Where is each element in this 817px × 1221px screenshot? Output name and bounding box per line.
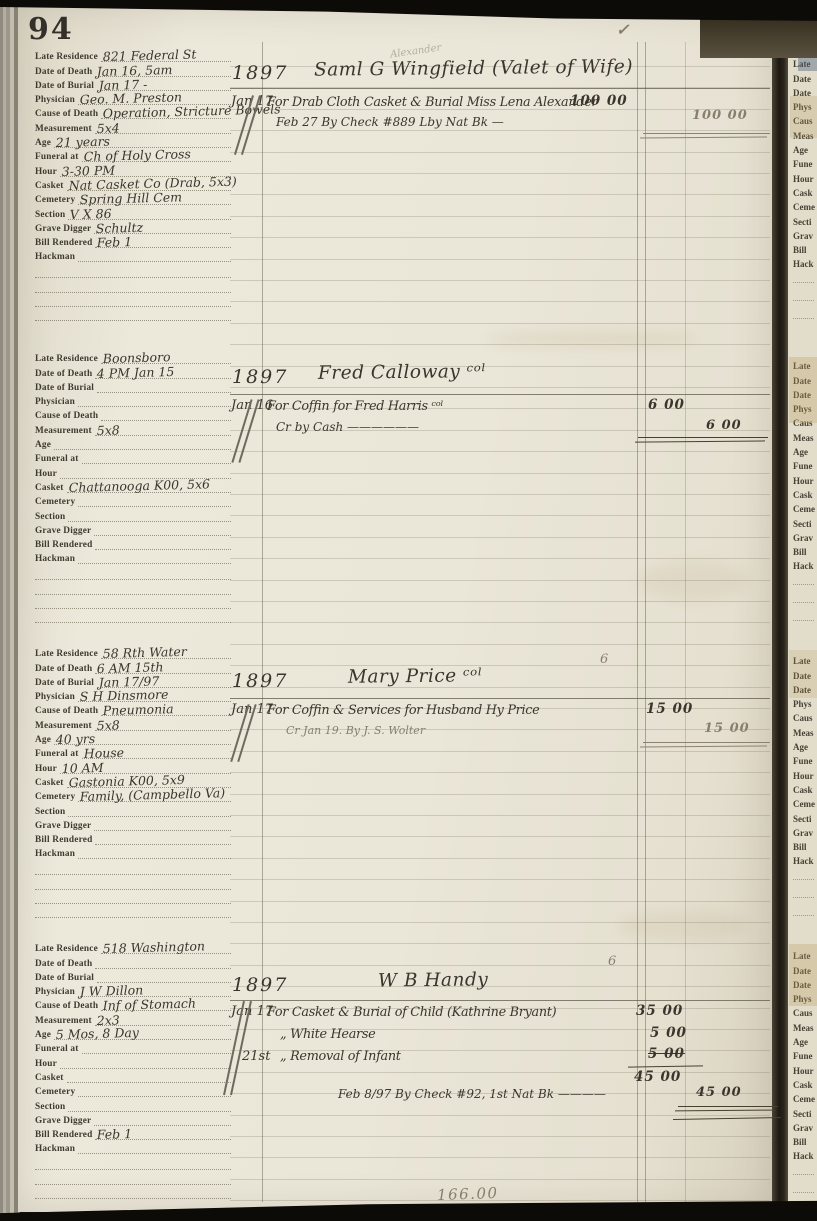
field-label: Date of Death: [35, 369, 95, 379]
field-label: Date of Burial: [35, 973, 97, 983]
entry-year: 1897: [232, 974, 288, 996]
form-field-row: Age21 years: [35, 134, 231, 148]
field-label: Casket: [35, 483, 67, 493]
posted-slash-mark: [230, 1000, 246, 1096]
form-fields: Late ResidenceBoonsboroDate of Death4 PM…: [35, 350, 231, 564]
form-field-row: CasketChattanooga K00, 5x6: [35, 479, 231, 493]
field-label: Hackman: [35, 554, 78, 564]
field-label: Measurement: [35, 426, 95, 436]
entry-description: For Casket & Burial of Child (Kathrine B…: [267, 1005, 556, 1020]
entry-date: 21st: [242, 1049, 270, 1064]
field-label: Hackman: [35, 1144, 78, 1154]
double-underline: [643, 133, 770, 140]
form-field-row: Grave Digger: [35, 1112, 231, 1126]
book-binding-gap: [770, 0, 790, 1221]
posted-slash-mark: [236, 703, 252, 763]
entry-year: 1897: [232, 62, 288, 84]
field-label: Date of Burial: [35, 678, 97, 688]
form-field-row: Cemetery: [35, 493, 231, 507]
field-label: Age: [35, 440, 54, 450]
entry-amount: 15 00: [646, 701, 693, 717]
field-label: Physician: [35, 397, 78, 407]
blank-dotted-line: [35, 875, 231, 889]
form-field-row: Physician: [35, 393, 231, 407]
form-field-row: Late Residence821 Federal St: [35, 48, 231, 62]
bleed-mark-blue: [798, 57, 817, 71]
dotted-rule: [78, 1150, 231, 1154]
blank-dotted-line: [35, 264, 231, 278]
next-page-field-label: Fune: [788, 756, 813, 766]
form-field-row: Age5 Mos, 8 Day: [35, 1026, 231, 1040]
blank-dotted-line: [35, 904, 231, 918]
field-label: Age: [35, 138, 54, 148]
field-label: Cause of Death: [35, 109, 101, 119]
field-label: Section: [35, 512, 68, 522]
blank-lines: [35, 566, 231, 623]
form-fields: Late Residence518 WashingtonDate of Deat…: [35, 940, 231, 1154]
next-page-field-label: Grav: [788, 1123, 813, 1133]
blank-dotted-line: [35, 609, 231, 623]
form-fields: Late Residence58 Rth WaterDate of Death6…: [35, 645, 231, 859]
next-page-field-label: Hack: [788, 561, 814, 571]
header-rule: [230, 1000, 770, 1001]
header-rule: [230, 394, 770, 395]
entry-amount: 100 00: [570, 93, 628, 109]
entry-year: 1897: [232, 366, 288, 388]
next-page-field-label: Grav: [788, 533, 813, 543]
field-label: Grave Digger: [35, 1116, 94, 1126]
double-underline: [678, 1106, 778, 1113]
form-field-row: Measurement2x3: [35, 1011, 231, 1025]
field-label: Funeral at: [35, 454, 82, 464]
field-label: Bill Rendered: [35, 835, 95, 845]
field-label: Bill Rendered: [35, 238, 95, 248]
next-page-field-label: Caus: [788, 713, 813, 723]
form-field-row: Hour: [35, 1054, 231, 1068]
form-fields: Late Residence821 Federal StDate of Deat…: [35, 48, 231, 262]
header-rule: [230, 698, 770, 699]
amount-column-rule-2: [645, 42, 646, 1202]
field-label: Hour: [35, 1059, 60, 1069]
next-page-field-label: Ceme: [788, 1094, 815, 1104]
entry-year: 1897: [232, 670, 288, 692]
dotted-rule: [78, 258, 231, 262]
blank-dotted-line: [35, 861, 231, 875]
form-field-row: Date of BurialJan 17/97: [35, 674, 231, 688]
field-label: Grave Digger: [35, 224, 94, 234]
form-field-row: Funeral atCh of Holy Cross: [35, 148, 231, 162]
form-field-row: Cause of DeathInf of Stomach: [35, 997, 231, 1011]
form-field-row: Funeral at: [35, 1040, 231, 1054]
field-label: Date of Death: [35, 67, 95, 77]
credit-amount: 15 00: [704, 721, 750, 736]
next-page-field-label: Fune: [788, 461, 813, 471]
form-field-row: Bill RenderedFeb 1: [35, 1126, 231, 1140]
form-field-row: Measurement5x8: [35, 716, 231, 730]
next-page-field-label: Hour: [788, 771, 814, 781]
next-page-field-label: Grav: [788, 231, 813, 241]
next-page-field-label: Secti: [788, 519, 812, 529]
bleed-through-smudge: [618, 911, 748, 941]
field-label: Hour: [35, 469, 60, 479]
field-label: Late Residence: [35, 649, 101, 659]
next-page-field-label: Date: [788, 74, 811, 84]
amount-column-rule-1: [637, 42, 638, 1202]
entry-amount-struck: 5 00: [648, 1046, 685, 1062]
next-page-field-label: Bill: [788, 245, 807, 255]
form-field-row: Date of DeathJan 16, 5am: [35, 62, 231, 76]
form-field-row: Age: [35, 436, 231, 450]
blank-dotted-line: [35, 595, 231, 609]
form-field-row: CemeterySpring Hill Cem: [35, 191, 231, 205]
form-field-row: Date of BurialJan 17 -: [35, 77, 231, 91]
field-label: Cemetery: [35, 1087, 78, 1097]
pencil-mark: 6: [608, 954, 616, 969]
field-label: Late Residence: [35, 52, 101, 62]
field-label: Date of Burial: [35, 81, 97, 91]
field-label: Section: [35, 807, 68, 817]
deceased-name: Saml G Wingfield (Valet of Wife): [314, 56, 633, 80]
double-underline: [638, 437, 768, 444]
form-field-row: Cemetery: [35, 1083, 231, 1097]
field-label: Cause of Death: [35, 1001, 101, 1011]
next-page-field-label: Ceme: [788, 202, 815, 212]
credit-line: Feb 27 By Check #889 Lby Nat Bk —: [276, 115, 504, 129]
next-page-field-label: Secti: [788, 814, 812, 824]
next-page-field-label: Ceme: [788, 504, 815, 514]
field-label: Hour: [35, 167, 60, 177]
form-field-row: Grave DiggerSchultz: [35, 220, 231, 234]
next-page-field-label: Hack: [788, 259, 814, 269]
next-page-field-label: Fune: [788, 159, 813, 169]
form-field-row: Late ResidenceBoonsboro: [35, 350, 231, 364]
form-field-row: SectionV X 86: [35, 205, 231, 219]
next-page-field-label: Hack: [788, 856, 814, 866]
field-label: Date of Death: [35, 664, 95, 674]
next-page-field-label: Hour: [788, 174, 814, 184]
form-field-row: Bill RenderedFeb 1: [35, 234, 231, 248]
field-label: Bill Rendered: [35, 1130, 95, 1140]
field-label: Age: [35, 735, 54, 745]
form-field-row: Hackman: [35, 550, 231, 564]
form-field-row: Cause of DeathOperation, Stricture Bowel…: [35, 105, 231, 119]
deceased-name: W B Handy: [378, 969, 488, 991]
entry-description: „ Removal of Infant: [280, 1049, 401, 1064]
next-page-field-label: Cask: [788, 785, 813, 795]
credit-line: Cr by Cash ——————: [276, 420, 419, 434]
form-field-row: Hackman: [35, 1140, 231, 1154]
blank-dotted-line: [35, 307, 231, 321]
next-page-field-label: Meas: [788, 728, 814, 738]
extra-underline: [673, 1117, 781, 1120]
form-field-row: Date of Death6 AM 15th: [35, 659, 231, 673]
next-page-field-label: Hack: [788, 1151, 814, 1161]
next-page-field-label: Bill: [788, 547, 807, 557]
form-field-row: Date of Burial: [35, 379, 231, 393]
form-field-row: Cause of DeathPneumonia: [35, 702, 231, 716]
form-field-row: Hackman: [35, 248, 231, 262]
entry-description: For Coffin & Services for Husband Hy Pri…: [267, 703, 539, 718]
credit-line: Cr Jan 19. By J. S. Wolter: [286, 724, 425, 737]
field-label: Hackman: [35, 849, 78, 859]
entry-description: For Coffin for Fred Harris ᶜᵒˡ: [267, 399, 443, 414]
field-label: Physician: [35, 987, 78, 997]
field-label: Cemetery: [35, 792, 78, 802]
next-page-edge: LateDateDatePhysCausMeasAgeFuneHourCaskC…: [788, 0, 817, 1221]
bleed-mark-tan: [789, 650, 817, 698]
entry-amount: 6 00: [648, 397, 685, 413]
form-field-row: Grave Digger: [35, 522, 231, 536]
next-page-field-label: Hour: [788, 476, 814, 486]
double-underline: [643, 742, 770, 749]
next-page-field-label: Grav: [788, 828, 813, 838]
form-field-row: PhysicianJ W Dillon: [35, 983, 231, 997]
next-page-field-label: Caus: [788, 1008, 813, 1018]
field-label: Funeral at: [35, 1044, 82, 1054]
field-label: Funeral at: [35, 152, 82, 162]
field-label: Bill Rendered: [35, 540, 95, 550]
field-label: Physician: [35, 692, 78, 702]
form-field-row: Age40 yrs: [35, 731, 231, 745]
bleed-mark-tan: [789, 944, 817, 1006]
form-field-row: Late Residence518 Washington: [35, 940, 231, 954]
field-label: Cause of Death: [35, 706, 101, 716]
form-field-row: Section: [35, 802, 231, 816]
next-page-field-label: Fune: [788, 1051, 813, 1061]
entry-amount: 5 00: [650, 1025, 687, 1041]
form-field-row: PhysicianS H Dinsmore: [35, 688, 231, 702]
field-label: Casket: [35, 181, 67, 191]
credit-amount: 100 00: [692, 108, 748, 123]
blank-dotted-line: [35, 580, 231, 594]
field-label: Measurement: [35, 721, 95, 731]
form-field-row: CemeteryFamily, (Campbello Va): [35, 788, 231, 802]
next-page-field-label: Age: [788, 145, 808, 155]
form-field-row: Cause of Death: [35, 407, 231, 421]
field-label: Measurement: [35, 124, 95, 134]
field-label: Casket: [35, 1073, 67, 1083]
bleed-mark-tan: [790, 96, 817, 138]
field-label: Casket: [35, 778, 67, 788]
form-field-row: Late Residence58 Rth Water: [35, 645, 231, 659]
page-grand-total: 166.00: [437, 1184, 499, 1204]
field-label: Cemetery: [35, 195, 78, 205]
blank-dotted-line: [35, 1170, 231, 1184]
bleed-through-smudge: [638, 561, 748, 601]
form-field-row: Funeral at: [35, 450, 231, 464]
header-rule: [230, 88, 770, 89]
next-page-field-label: Bill: [788, 1137, 807, 1147]
blank-dotted-line: [35, 1185, 231, 1199]
date-column-rule: [262, 42, 263, 1202]
blank-dotted-line: [35, 1156, 231, 1170]
form-field-row: Bill Rendered: [35, 536, 231, 550]
page-stack-edge: [0, 0, 20, 1221]
form-field-row: Bill Rendered: [35, 831, 231, 845]
entry-amount: 35 00: [636, 1003, 683, 1019]
dotted-rule: [78, 560, 231, 564]
blank-lines: [35, 861, 231, 918]
blank-dotted-line: [35, 278, 231, 292]
posted-slash-mark: [238, 398, 254, 464]
pencil-checkmark: ✓: [616, 20, 629, 39]
field-label: Grave Digger: [35, 526, 94, 536]
entry-description: For Drab Cloth Casket & Burial Miss Lena…: [267, 95, 597, 110]
form-field-row: Funeral atHouse: [35, 745, 231, 759]
field-label: Date of Burial: [35, 383, 97, 393]
pencil-mark: 6: [600, 652, 608, 667]
next-page-field-label: Age: [788, 742, 808, 752]
entries-total: 45 00: [634, 1069, 681, 1085]
next-page-field-label: Hour: [788, 1066, 814, 1076]
field-label: Grave Digger: [35, 821, 94, 831]
next-page-field-label: Meas: [788, 1023, 814, 1033]
field-label: Late Residence: [35, 354, 101, 364]
form-field-row: Measurement5x4: [35, 119, 231, 133]
next-page-field-label: Age: [788, 1037, 808, 1047]
blank-dotted-line: [35, 890, 231, 904]
blank-lines: [35, 1156, 231, 1199]
next-page-field-label: Cask: [788, 188, 813, 198]
form-field-row: Date of Burial: [35, 969, 231, 983]
form-field-row: Grave Digger: [35, 817, 231, 831]
field-label: Measurement: [35, 1016, 95, 1026]
field-label: Cemetery: [35, 497, 78, 507]
next-page-field-label: Bill: [788, 842, 807, 852]
blank-dotted-line: [35, 566, 231, 580]
form-field-row: Date of Death: [35, 954, 231, 968]
posted-slash-mark: [240, 94, 256, 156]
form-field-row: CasketNat Casket Co (Drab, 5x3): [35, 177, 231, 191]
next-page-field-label: Cask: [788, 1080, 813, 1090]
credit-line: Feb 8/97 By Check #92, 1st Nat Bk ————: [338, 1087, 606, 1101]
field-label: Section: [35, 1102, 68, 1112]
field-label: Hackman: [35, 252, 78, 262]
bleed-through-smudge: [488, 331, 698, 347]
next-page-field-label: Phys: [788, 699, 812, 709]
form-field-row: Hour10 AM: [35, 759, 231, 773]
next-page-field-label: Meas: [788, 433, 814, 443]
form-field-row: Section: [35, 507, 231, 521]
total-rule: [628, 1065, 703, 1067]
next-page-field-label: Secti: [788, 217, 812, 227]
field-label: Hour: [35, 764, 60, 774]
bleed-mark-tan: [789, 357, 817, 423]
page-number: 94: [28, 12, 74, 47]
form-field-row: Date of Death4 PM Jan 15: [35, 364, 231, 378]
deceased-name: Fred Calloway ᶜᵒˡ: [318, 361, 487, 384]
credit-amount: 6 00: [706, 418, 742, 433]
blank-lines: [35, 264, 231, 321]
form-field-row: Measurement5x8: [35, 421, 231, 435]
next-page-field-label: Cask: [788, 490, 813, 500]
field-label: Section: [35, 210, 68, 220]
form-field-row: Hackman: [35, 845, 231, 859]
field-label: Funeral at: [35, 749, 82, 759]
form-field-row: Section: [35, 1097, 231, 1111]
field-label: Age: [35, 1030, 54, 1040]
deceased-name: Mary Price ᶜᵒˡ: [348, 665, 483, 687]
field-label: Cause of Death: [35, 411, 101, 421]
scanned-ledger-photo: 94 ✓ Late Residence821 Federal StDate of…: [0, 0, 817, 1221]
dotted-rule: [78, 855, 231, 859]
next-page-field-label: Secti: [788, 1109, 812, 1119]
field-label: Date of Death: [35, 959, 95, 969]
field-label: Physician: [35, 95, 78, 105]
next-page-field-label: Age: [788, 447, 808, 457]
next-page-field-label: Ceme: [788, 799, 815, 809]
entry-description: „ White Hearse: [280, 1027, 375, 1042]
field-label: Late Residence: [35, 944, 101, 954]
credit-amount: 45 00: [696, 1085, 742, 1100]
form-field-row: Casket: [35, 1069, 231, 1083]
blank-dotted-line: [35, 293, 231, 307]
ledger-page: 94 ✓ Late Residence821 Federal StDate of…: [18, 6, 772, 1212]
